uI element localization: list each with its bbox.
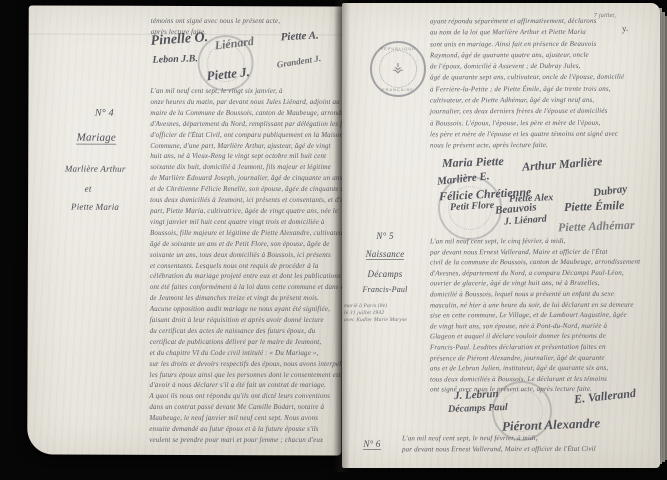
scanned-register-spread: N° 4 Mariage Marlière Arthur et Piette M… <box>0 0 667 480</box>
signature: Piette A. <box>280 29 319 43</box>
handwritten-line: par devant nous Ernest Vallerand, Maire … <box>402 444 652 456</box>
handwritten-line: faisant droit à leur réquisition et aprè… <box>150 315 342 326</box>
signature: Grandent J. <box>276 53 322 70</box>
left-page: N° 4 Mariage Marlière Arthur et Piette M… <box>27 5 343 455</box>
stamp-center: ⚶ <box>379 50 417 88</box>
handwritten-line: ouvrier de glacerie, âgé de vingt huit a… <box>430 278 655 289</box>
next-act-opening: L'an mil neuf cent sept, le neuf février… <box>402 433 652 455</box>
margin-child-firstname: Francis-Paul <box>342 285 428 294</box>
seal-text-top: RÉPUBLIQUE <box>380 46 416 51</box>
stamp-center <box>448 186 492 230</box>
handwritten-line: Boussois, fille majeure et légitime de P… <box>150 228 342 239</box>
margin-act-number: N° 5 <box>360 231 410 241</box>
republique-francaise-seal-icon: RÉPUBLIQUE ⚶ FRANÇAISE <box>370 41 426 97</box>
handwritten-line: ont été faites conformément à la loi dan… <box>150 283 342 294</box>
handwritten-line: et de Chrétienne Félicie Renelle, son ép… <box>150 184 342 195</box>
handwritten-line: et du chapitre VI du Code civil intitulé… <box>150 348 342 359</box>
signature: Lebon J.B. <box>152 53 198 65</box>
handwritten-line: témoins ont signé avec nous le présent a… <box>151 16 341 27</box>
signature: J. Lebrun <box>454 388 499 402</box>
handwritten-line: domicilié à Boussois, lequel nous a prés… <box>430 289 655 300</box>
margin-act-number: N° 6 <box>350 439 394 450</box>
marriage-act-end: ayant répondu séparément et affirmativem… <box>430 16 655 152</box>
handwritten-line: onze heures du matin, par devant nous Ju… <box>150 97 342 108</box>
signature: Piette Émile <box>564 198 625 215</box>
handwritten-line: nous le présent acte, après lecture fait… <box>430 140 655 152</box>
handwritten-line: dans un contrat passé devant Me Camille … <box>149 402 341 413</box>
handwritten-line: âgé de quarante sept ans, cultivateur, o… <box>430 72 655 84</box>
handwritten-line: âgé de soixante un ans et de Petit Flore… <box>150 239 342 250</box>
birth-act-body: L'an mil neuf cent sept, le cinq février… <box>430 236 655 395</box>
handwritten-line: Francis-Paul. Lesdites déclaration et pr… <box>430 342 655 353</box>
handwritten-line: Aucune opposition audit mariage ne nous … <box>150 304 342 315</box>
handwritten-line: d'officier de l'État Civil, ont comparu … <box>150 130 342 141</box>
handwritten-line: les futurs époux ainsi que les personnes… <box>149 370 341 381</box>
handwritten-line: soixante un ans, tous deux domiciliés à … <box>150 250 342 261</box>
handwritten-line: célébration du mariage projeté entre eux… <box>150 272 342 283</box>
signature: Arthur Marlière <box>522 154 603 175</box>
margin-child-surname: Décamps <box>344 269 426 279</box>
handwritten-line: Commune, d'une part, Marlière Arthur, aj… <box>150 141 342 152</box>
handwritten-line: du certificat des actes de naissance des… <box>150 326 342 337</box>
margin-bride-name: Piette Maria <box>28 201 162 211</box>
handwritten-line: au nom de la loi que Marlière Arthur et … <box>430 27 655 39</box>
handwritten-line: Maubeuge, le neuf janvier mil neuf cent … <box>149 413 341 424</box>
handwritten-line: d'avoir à nous déclarer s'il a été fait … <box>149 381 341 392</box>
handwritten-line: L'an mil neuf cent sept, le vingt six ja… <box>150 86 342 97</box>
handwritten-line: à Boussois. L'époux, l'épouse, les père … <box>430 117 655 129</box>
margin-act-type: Naissance <box>344 249 426 260</box>
handwritten-line: de Jeumont les dimanches treize et vingt… <box>150 293 342 304</box>
handwritten-line: L'an mil neuf cent sept, le neuf février… <box>402 433 652 445</box>
handwritten-line: veulent se prendre pour mari et pour fem… <box>149 435 341 446</box>
stamp-center <box>206 44 245 83</box>
right-page: 7 juillet, y. ayant répondu séparément e… <box>342 3 660 468</box>
handwritten-line: certificat de publications délivré par l… <box>150 337 342 348</box>
handwritten-line: avec Kudler Marie Maryse <box>344 317 434 324</box>
margin-act-number: N° 4 <box>64 108 144 119</box>
handwritten-line: journalier, ces deux derniers frères de … <box>430 106 655 118</box>
handwritten-line: ans et de Lebrun Julien, instituteur, âg… <box>430 363 655 374</box>
handwritten-line: part, Piette Maria, cultivatrice, âgée d… <box>150 206 342 217</box>
handwritten-line: soixante dix huit, domicilié à Jeumont, … <box>150 163 342 174</box>
signature: Pinelle O. <box>150 30 208 50</box>
official-round-stamp-icon <box>197 35 253 91</box>
handwritten-line: L'an mil neuf cent sept, le cinq février… <box>430 236 655 247</box>
marginal-mention: marié à Paris (8e)le 31 juillet 1942avec… <box>344 303 434 324</box>
handwritten-line: à Ferrière-la-Petite ; de Piette Émile, … <box>430 83 655 95</box>
handwritten-line: vingt janvier mil huit cent quatre vingt… <box>150 217 342 228</box>
binding-gutter <box>334 0 350 472</box>
signature: Piette Adhémar <box>558 218 635 236</box>
signature: Dubray <box>592 183 627 199</box>
marriage-act-body: L'an mil neuf cent sept, le vingt six ja… <box>149 86 342 447</box>
margin-act-type: Mariage <box>36 131 156 144</box>
seal-text-bottom: FRANÇAISE <box>382 87 414 92</box>
stamp-center <box>501 390 542 431</box>
official-round-stamp-icon <box>438 176 502 240</box>
handwritten-line: sur les droits et devoirs respectifs des… <box>150 359 342 370</box>
handwritten-line: A quoi ils nous ont répondu qu'ils ont d… <box>149 392 341 403</box>
handwritten-line: huit ans, né à Vieux-Reng le vingt sept … <box>150 152 342 163</box>
handwritten-line: sont unis en mariage. Ainsi fait en prés… <box>430 38 655 50</box>
signature: Maria Piette <box>442 154 504 171</box>
handwritten-line: Glageon et auquel il déclare vouloir don… <box>430 331 655 342</box>
handwritten-line: d'Avesnes, département du Nord, rempliss… <box>150 119 342 130</box>
margin-groom-name: Marlière Arthur <box>28 163 162 173</box>
signature: J. Liénard <box>504 214 547 228</box>
handwritten-line: sise en cette commune, Le Village, et de… <box>430 310 655 321</box>
handwritten-line: de Marlière Édouard Joseph, journalier, … <box>150 173 342 184</box>
handwritten-line: et consentants. Lesquels nous ont requis… <box>150 261 342 272</box>
handwritten-line: maire de la Commune de Boussois, canton … <box>150 108 342 119</box>
seal-figure-glyph: ⚶ <box>392 60 404 77</box>
handwritten-line: tous deux domiciliés à Jeumont, ici prés… <box>150 195 342 206</box>
handwritten-line: ensuite demandé au futur époux et à la f… <box>149 424 341 435</box>
margin-conjunction: et <box>48 184 128 194</box>
handwritten-line: civil de la commune de Boussois, canton … <box>430 257 655 268</box>
